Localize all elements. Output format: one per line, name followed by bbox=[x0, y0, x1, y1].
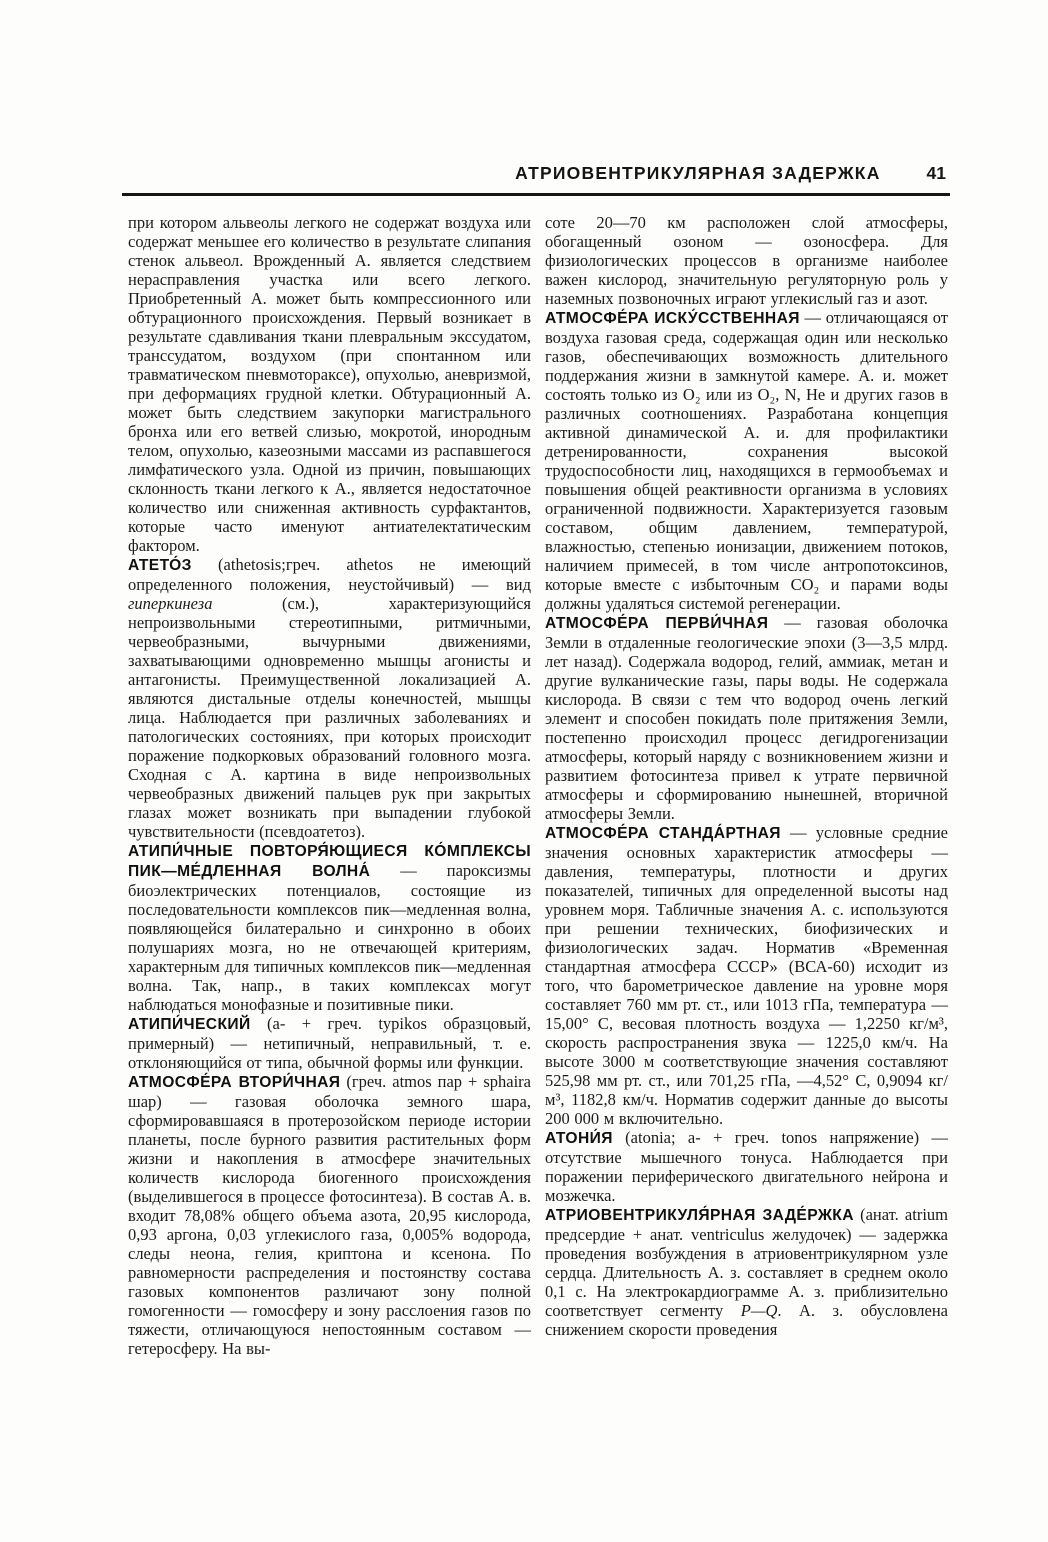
entry-headword: АТИПИ́ЧЕСКИЙ bbox=[128, 1016, 251, 1033]
dictionary-entry: АТИПИ́ЧЕСКИЙ (а- + греч. typikos образцо… bbox=[128, 1014, 531, 1072]
continuation-paragraph: при котором альвеолы легкого не содержат… bbox=[128, 213, 531, 555]
dictionary-entry: АТРИОВЕНТРИКУЛЯ́РНАЯ ЗАДЕ́РЖКА (анат. at… bbox=[545, 1205, 948, 1339]
entry-headword: АТМОСФЕ́РА ПЕРВИ́ЧНАЯ bbox=[545, 615, 768, 632]
header-rule bbox=[122, 193, 950, 196]
text-columns: при котором альвеолы легкого не содержат… bbox=[128, 213, 948, 1358]
dictionary-entry: АТОНИ́Я (atonia; а- + греч. tonos напряж… bbox=[545, 1128, 948, 1205]
dictionary-entry: АТМОСФЕ́РА СТАНДА́РТНАЯ — условные средн… bbox=[545, 823, 948, 1128]
dictionary-entry: АТМОСФЕ́РА ВТОРИ́ЧНАЯ (греч. atmos пар +… bbox=[128, 1072, 531, 1358]
dictionary-entry: АТЕТО́З (athetosis;греч. athetos не имею… bbox=[128, 555, 531, 841]
column-right: соте 20—70 км расположен слой атмосферы,… bbox=[545, 213, 948, 1358]
dictionary-page: АТРИОВЕНТРИКУЛЯРНАЯ ЗАДЕРЖКА 41 при кото… bbox=[0, 0, 1048, 1542]
column-left: при котором альвеолы легкого не содержат… bbox=[128, 213, 531, 1358]
dictionary-entry: АТМОСФЕ́РА ИСКУ́ССТВЕННАЯ — отличающаяся… bbox=[545, 308, 948, 613]
running-head-title: АТРИОВЕНТРИКУЛЯРНАЯ ЗАДЕРЖКА bbox=[515, 163, 880, 184]
entry-headword: АТМОСФЕ́РА ИСКУ́ССТВЕННАЯ bbox=[545, 310, 800, 327]
continuation-paragraph: соте 20—70 км расположен слой атмосферы,… bbox=[545, 213, 948, 308]
entry-headword: АТМОСФЕ́РА ВТОРИ́ЧНАЯ bbox=[128, 1074, 340, 1091]
entry-headword: АТОНИ́Я bbox=[545, 1130, 613, 1147]
entry-headword: АТЕТО́З bbox=[128, 557, 192, 574]
dictionary-entry: АТИПИ́ЧНЫЕ ПОВТОРЯ́ЮЩИЕСЯ КО́МПЛЕКСЫ ПИК… bbox=[128, 841, 531, 1014]
dictionary-entry: АТМОСФЕ́РА ПЕРВИ́ЧНАЯ — газовая оболочка… bbox=[545, 613, 948, 823]
running-head: АТРИОВЕНТРИКУЛЯРНАЯ ЗАДЕРЖКА 41 bbox=[128, 163, 948, 184]
entry-headword: АТРИОВЕНТРИКУЛЯ́РНАЯ ЗАДЕ́РЖКА bbox=[545, 1207, 854, 1224]
entry-headword: АТМОСФЕ́РА СТАНДА́РТНАЯ bbox=[545, 825, 781, 842]
entry-headword: АТИПИ́ЧНЫЕ ПОВТОРЯ́ЮЩИЕСЯ КО́МПЛЕКСЫ ПИК… bbox=[128, 843, 531, 880]
page-number: 41 bbox=[927, 163, 946, 184]
